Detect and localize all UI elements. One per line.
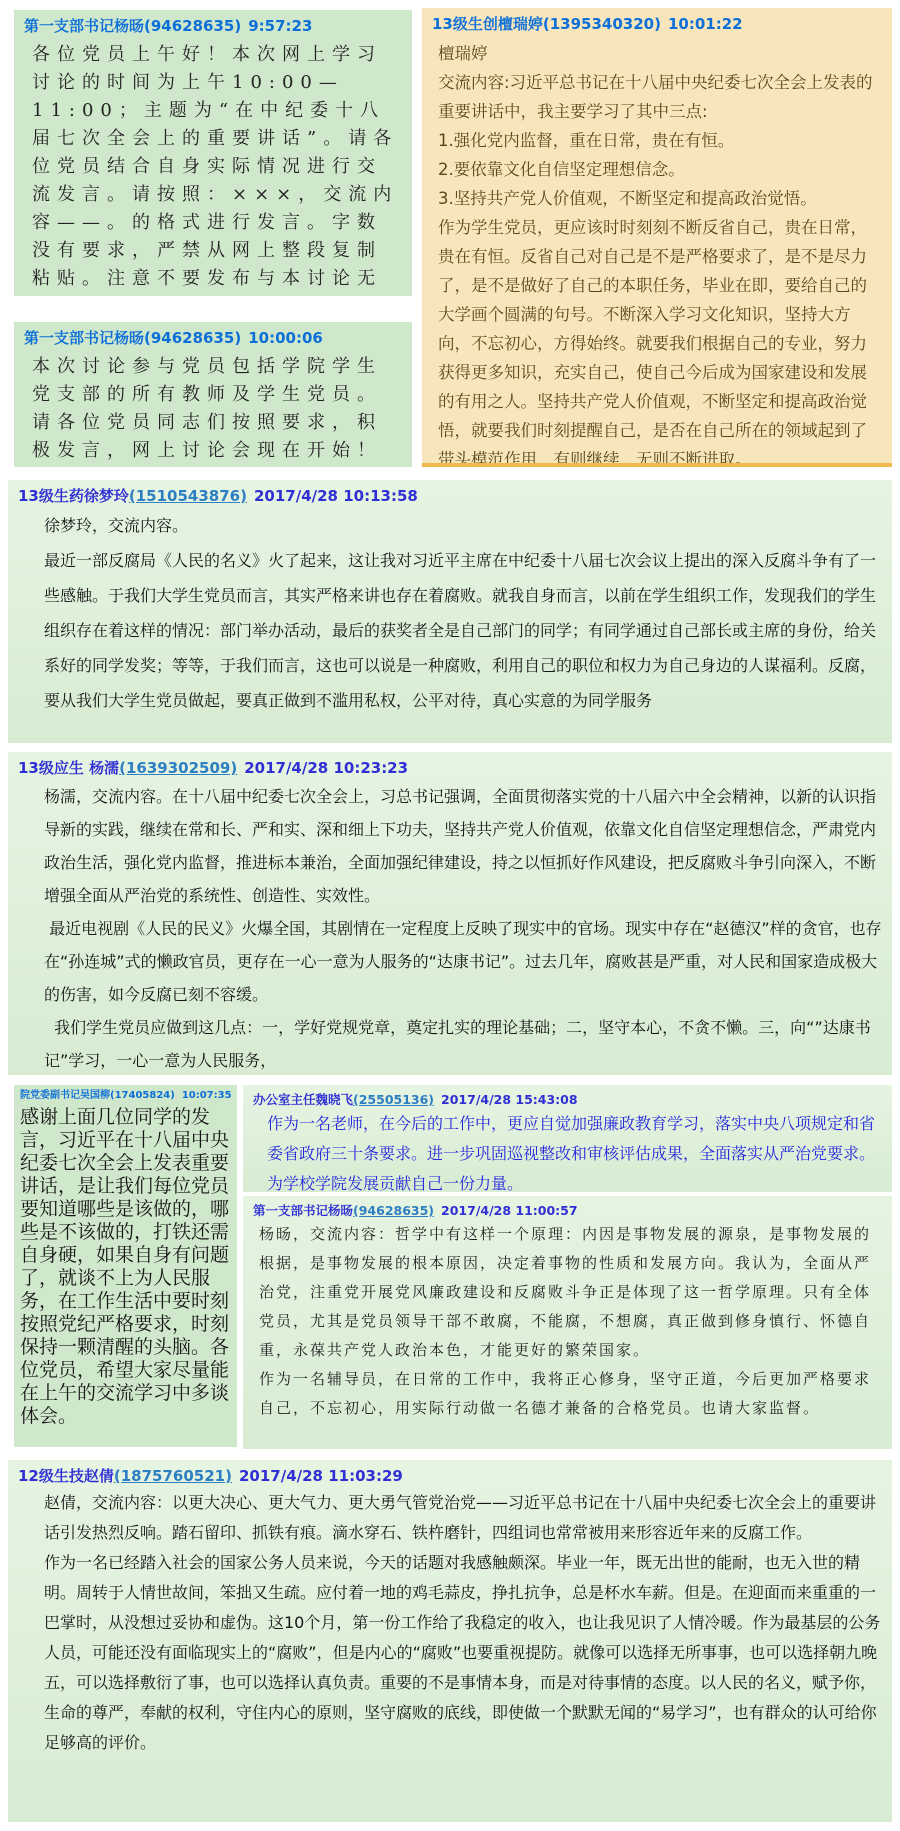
message-wei-1543: 办公室主任魏晓飞(25505136)2017/4/28 15:43:08 作为一… (243, 1085, 892, 1192)
message-body: 本次讨论参与党员包括学院学生党支部的所有教师及学生党员。请各位党员同志们按照要求… (24, 350, 402, 465)
message-body: 杨濡，交流内容。在十八届中纪委七次全会上，习总书记强调，全面贯彻落实党的十八届六… (18, 780, 882, 1075)
timestamp: 2017/4/28 11:00:57 (441, 1203, 578, 1218)
timestamp: 2017/4/28 11:03:29 (239, 1467, 403, 1485)
qq-number-link[interactable]: (25505136) (353, 1092, 434, 1107)
message-xu-1013: 13级生药徐梦玲(1510543876)2017/4/28 10:13:58 徐… (8, 480, 892, 743)
message-yang-0957: 第一支部书记杨旸(94628635)9:57:23 各位党员上午好！本次网上学习… (14, 10, 412, 296)
qq-number-link[interactable]: (94628635) (353, 1203, 434, 1218)
qq-number-link[interactable]: (1510543876) (129, 487, 247, 505)
message-header: 12级生技赵倩(1875760521)2017/4/28 11:03:29 (18, 1466, 882, 1488)
message-yang-1000: 第一支部书记杨旸(94628635)10:00:06 本次讨论参与党员包括学院学… (14, 322, 412, 467)
message-body: 檀瑞婷 交流内容:习近平总书记在十八届中央纪委七次全会上发表的重要讲话中，我主要… (432, 36, 882, 467)
sender-name: 13级生创檀瑞婷 (432, 15, 543, 33)
timestamp: 2017/4/28 10:23:23 (244, 759, 408, 777)
sender-qq: (94628635) (144, 17, 241, 35)
timestamp: 10:07:35 (182, 1090, 232, 1101)
sender-name: 院党委副书记吴国柳 (20, 1090, 110, 1101)
message-zhao-1103: 12级生技赵倩(1875760521)2017/4/28 11:03:29 赵倩… (8, 1460, 892, 1822)
qq-number-link[interactable]: (1875760521) (114, 1467, 232, 1485)
message-body: 感谢上面几位同学的发言，习近平在十八届中央纪委七次全会上发表重要讲话，是让我们每… (20, 1104, 231, 1428)
timestamp: 2017/4/28 15:43:08 (441, 1092, 578, 1107)
message-header: 院党委副书记吴国柳(17405824)10:07:35 (20, 1089, 231, 1104)
sender-qq: (1395340320) (543, 15, 661, 33)
sender-qq: (94628635) (144, 329, 241, 347)
sender-name: 第一支部书记杨旸 (24, 17, 144, 35)
message-header: 13级应生 杨濡(1639302509)2017/4/28 10:23:23 (18, 758, 882, 780)
message-header: 第一支部书记杨旸(94628635)2017/4/28 11:00:57 (253, 1202, 882, 1220)
message-body: 各位党员上午好！本次网上学习讨论的时间为上午10:00—11:00；主题为“在中… (24, 38, 402, 296)
message-yangru-1023: 13级应生 杨濡(1639302509)2017/4/28 10:23:23 杨… (8, 752, 892, 1075)
message-wu-1007: 院党委副书记吴国柳(17405824)10:07:35 感谢上面几位同学的发言，… (14, 1085, 237, 1447)
message-header: 第一支部书记杨旸(94628635)10:00:06 (24, 328, 402, 350)
message-header: 办公室主任魏晓飞(25505136)2017/4/28 15:43:08 (253, 1091, 882, 1109)
chat-log: 第一支部书记杨旸(94628635)9:57:23 各位党员上午好！本次网上学习… (0, 0, 900, 1831)
message-tan-1001: 13级生创檀瑞婷(1395340320)10:01:22 檀瑞婷 交流内容:习近… (422, 8, 892, 467)
message-body: 徐梦玲，交流内容。 最近一部反腐局《人民的名义》火了起来，这让我对习近平主席在中… (18, 508, 882, 718)
message-yang-1100: 第一支部书记杨旸(94628635)2017/4/28 11:00:57 杨旸，… (243, 1196, 892, 1449)
message-header: 13级生创檀瑞婷(1395340320)10:01:22 (432, 14, 882, 36)
sender-name: 13级生药徐梦玲 (18, 487, 129, 505)
sender-qq: (17405824) (110, 1090, 175, 1101)
message-body: 作为一名老师，在今后的工作中，更应自觉加强廉政教育学习，落实中央八项规定和省委省… (253, 1109, 882, 1192)
message-body: 杨旸，交流内容：哲学中有这样一个原理：内因是事物发展的源泉，是事物发展的根据，是… (253, 1220, 882, 1423)
sender-name: 12级生技赵倩 (18, 1467, 114, 1485)
message-header: 第一支部书记杨旸(94628635)9:57:23 (24, 16, 402, 38)
message-body: 赵倩，交流内容：以更大决心、更大气力、更大勇气管党治党——习近平总书记在十八届中… (18, 1488, 882, 1758)
timestamp: 10:00:06 (248, 329, 323, 347)
timestamp: 10:01:22 (668, 15, 743, 33)
message-header: 13级生药徐梦玲(1510543876)2017/4/28 10:13:58 (18, 486, 882, 508)
sender-name: 办公室主任魏晓飞 (253, 1092, 353, 1107)
sender-name: 第一支部书记杨旸 (253, 1203, 353, 1218)
sender-name: 13级应生 杨濡 (18, 759, 119, 777)
timestamp: 2017/4/28 10:13:58 (254, 487, 418, 505)
sender-name: 第一支部书记杨旸 (24, 329, 144, 347)
qq-number-link[interactable]: (1639302509) (119, 759, 237, 777)
timestamp: 9:57:23 (248, 17, 312, 35)
